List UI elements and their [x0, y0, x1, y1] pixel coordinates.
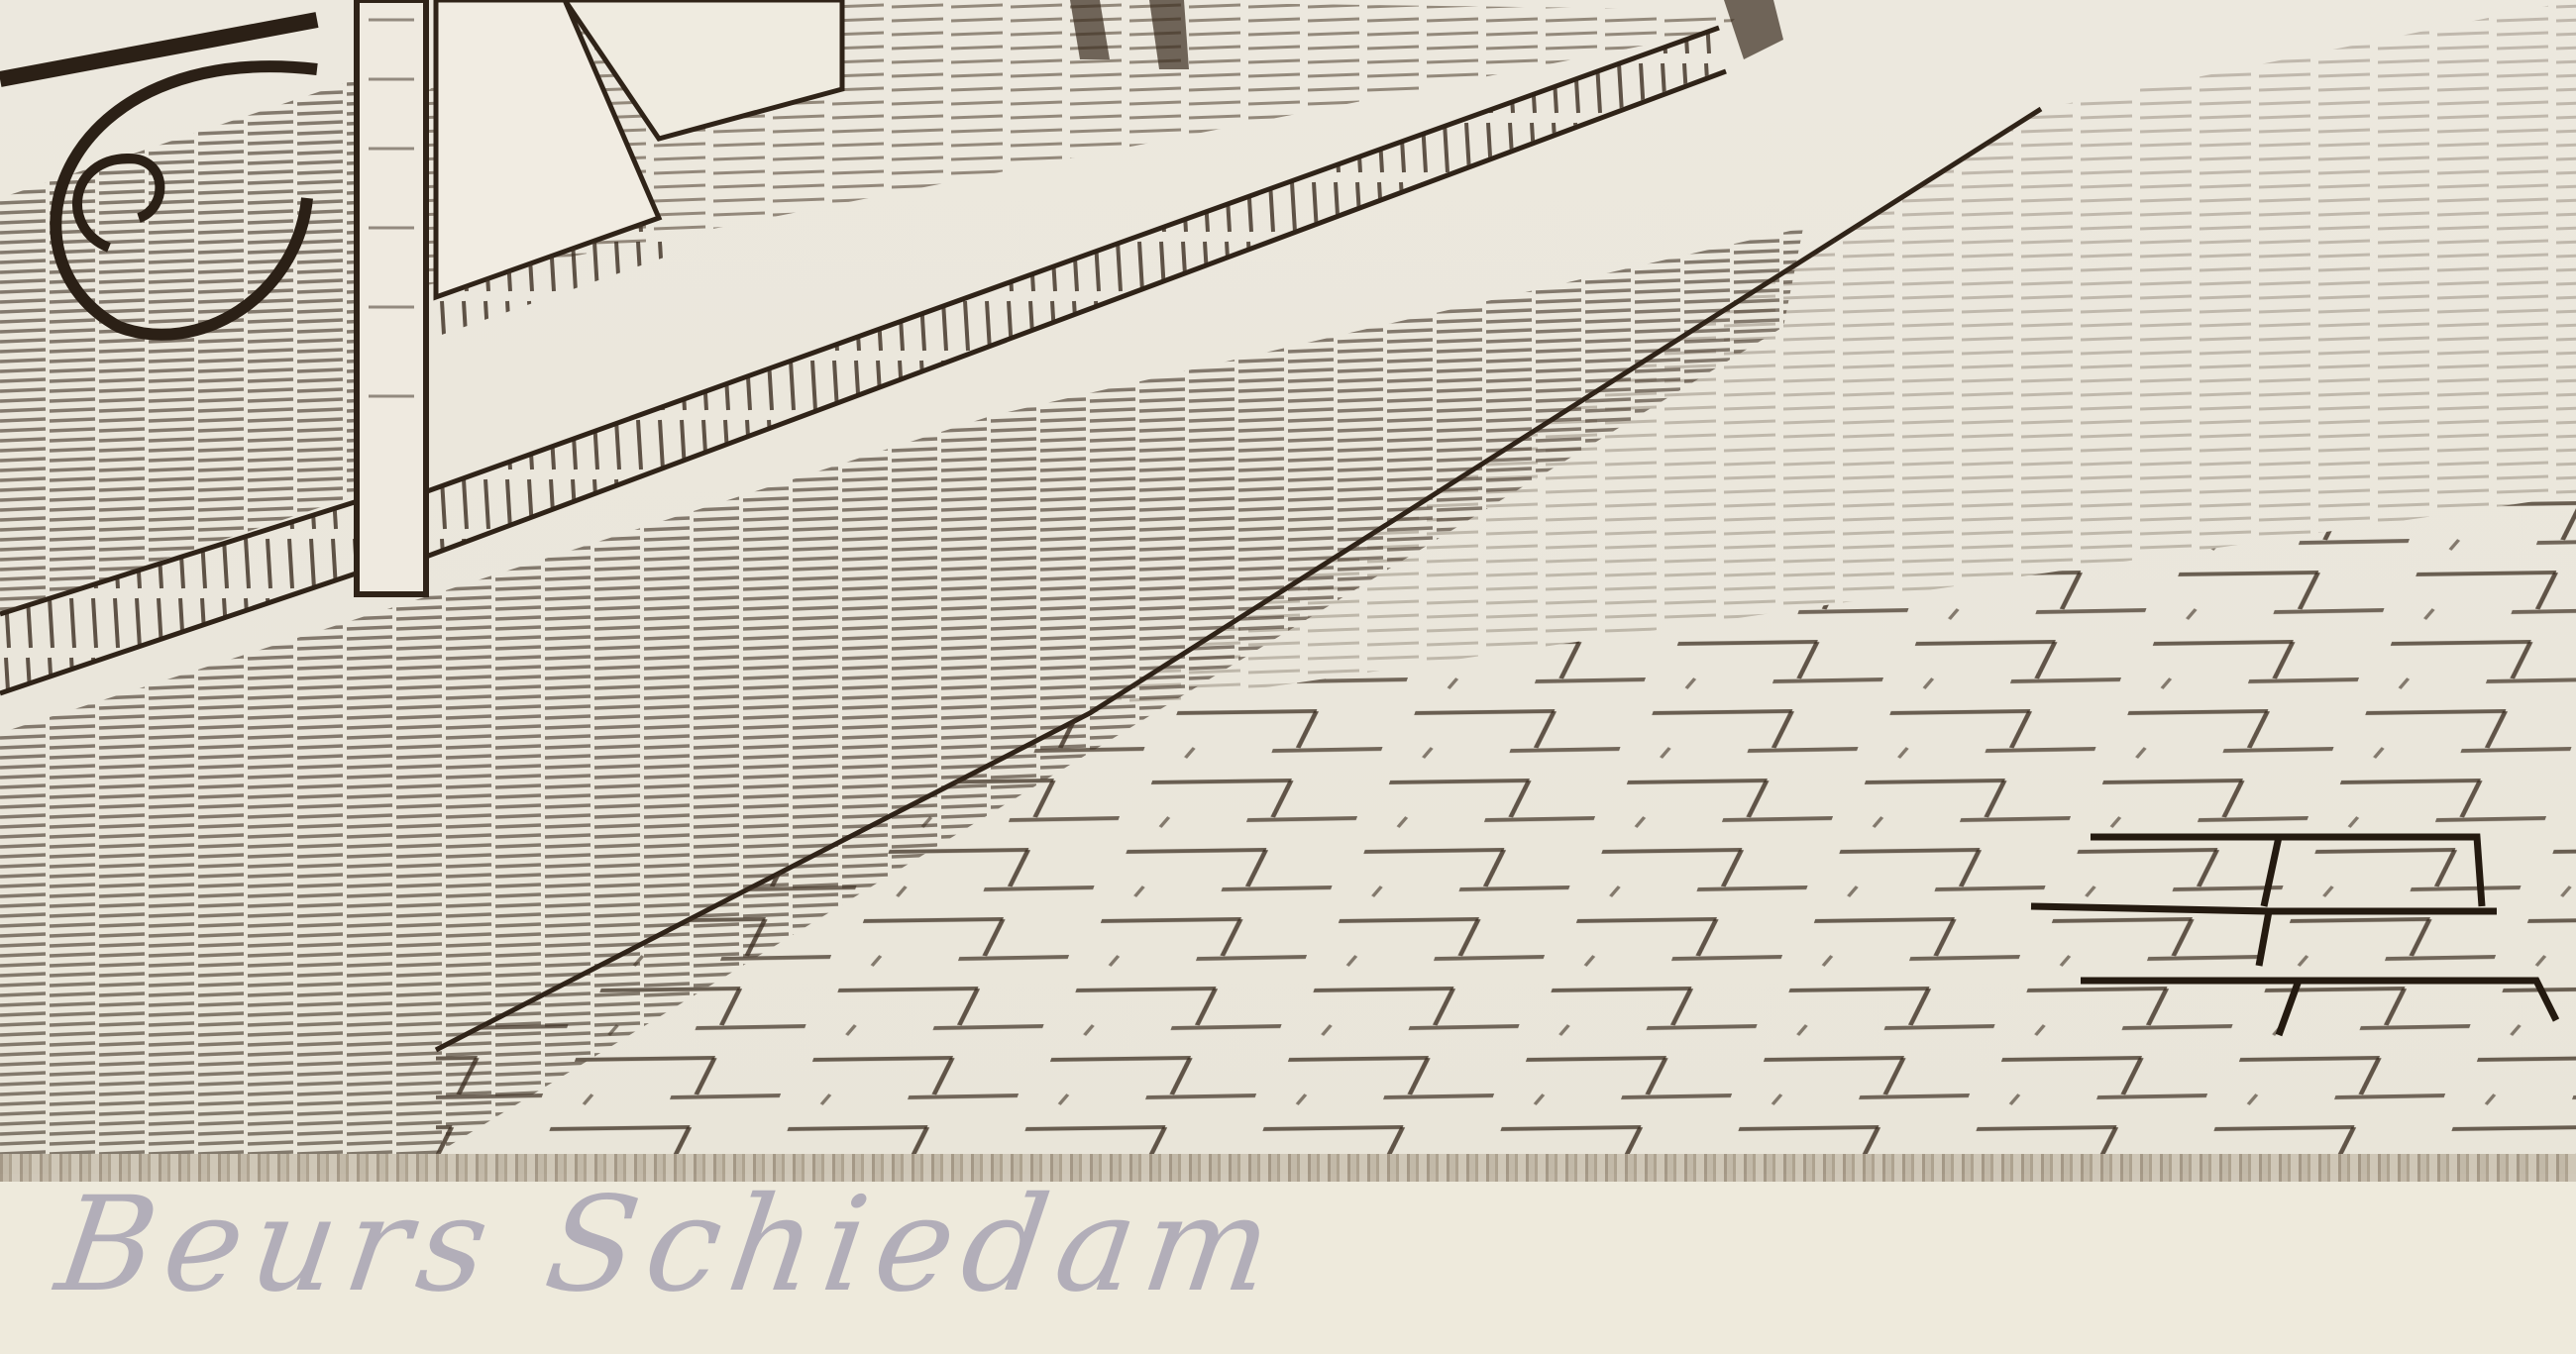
pencil-inscription: Beurs Schiedam — [49, 1169, 1290, 1321]
etching-artwork: Beurs Schiedam — [0, 0, 2576, 1354]
etching-drawing — [0, 0, 2576, 1174]
etching-plate — [0, 0, 2576, 1174]
